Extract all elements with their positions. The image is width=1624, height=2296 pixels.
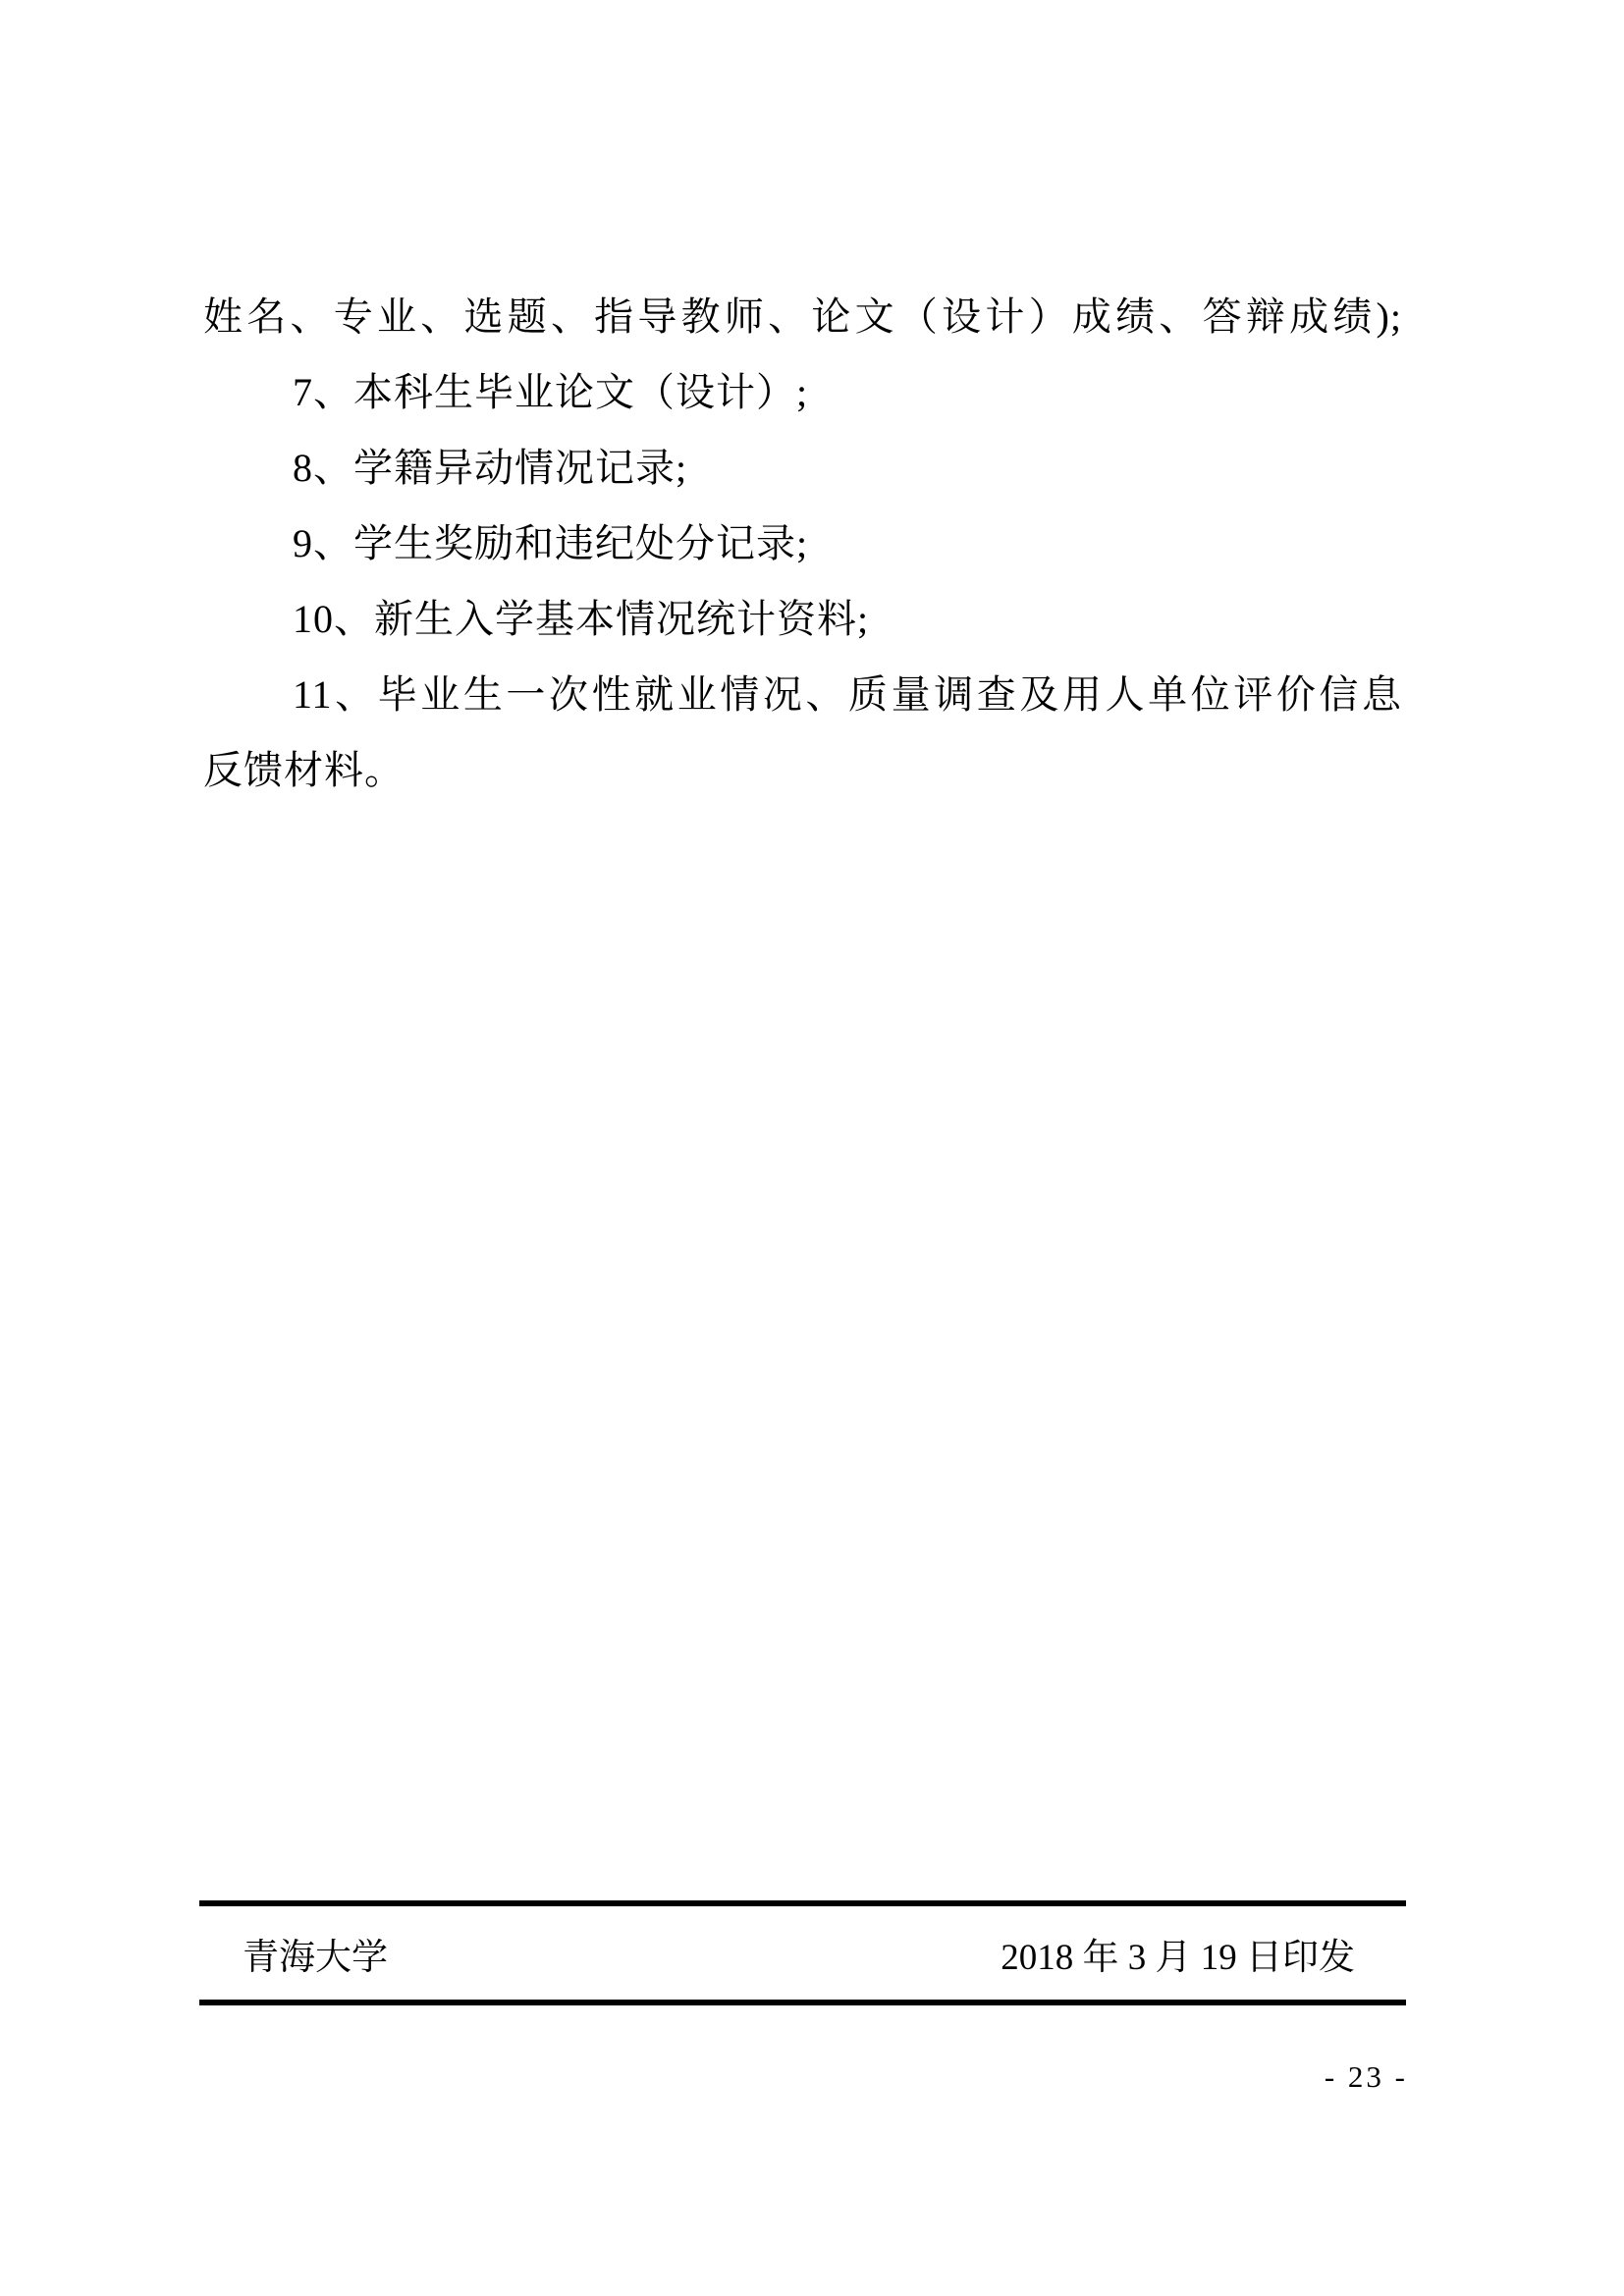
body-line-item-9: 9、学生奖励和违纪处分记录; <box>203 506 1402 581</box>
footer-band: 青海大学 2018 年 3 月 19 日印发 <box>199 1906 1406 2000</box>
footer-rule-bottom <box>199 2000 1406 2005</box>
body-line-item-11: 11、毕业生一次性就业情况、质量调查及用人单位评价信息 <box>203 657 1402 732</box>
body-line-item-8: 8、学籍异动情况记录; <box>203 430 1402 506</box>
footer-issuer: 青海大学 <box>243 1927 388 1980</box>
body-line-continuation: 姓名、专业、选题、指导教师、论文（设计）成绩、答辩成绩); <box>203 279 1402 354</box>
body-line-item-10: 10、新生入学基本情况统计资料; <box>203 581 1402 657</box>
body-line-item-7: 7、本科生毕业论文（设计）; <box>203 354 1402 430</box>
footer-print-date: 2018 年 3 月 19 日印发 <box>1001 1927 1355 1980</box>
body-line-item-11-wrap: 反馈材料。 <box>203 732 1402 808</box>
document-page: 姓名、专业、选题、指导教师、论文（设计）成绩、答辩成绩); 7、本科生毕业论文（… <box>0 0 1624 2296</box>
page-number: - 23 - <box>1325 2059 1408 2095</box>
document-body: 姓名、专业、选题、指导教师、论文（设计）成绩、答辩成绩); 7、本科生毕业论文（… <box>203 279 1402 808</box>
